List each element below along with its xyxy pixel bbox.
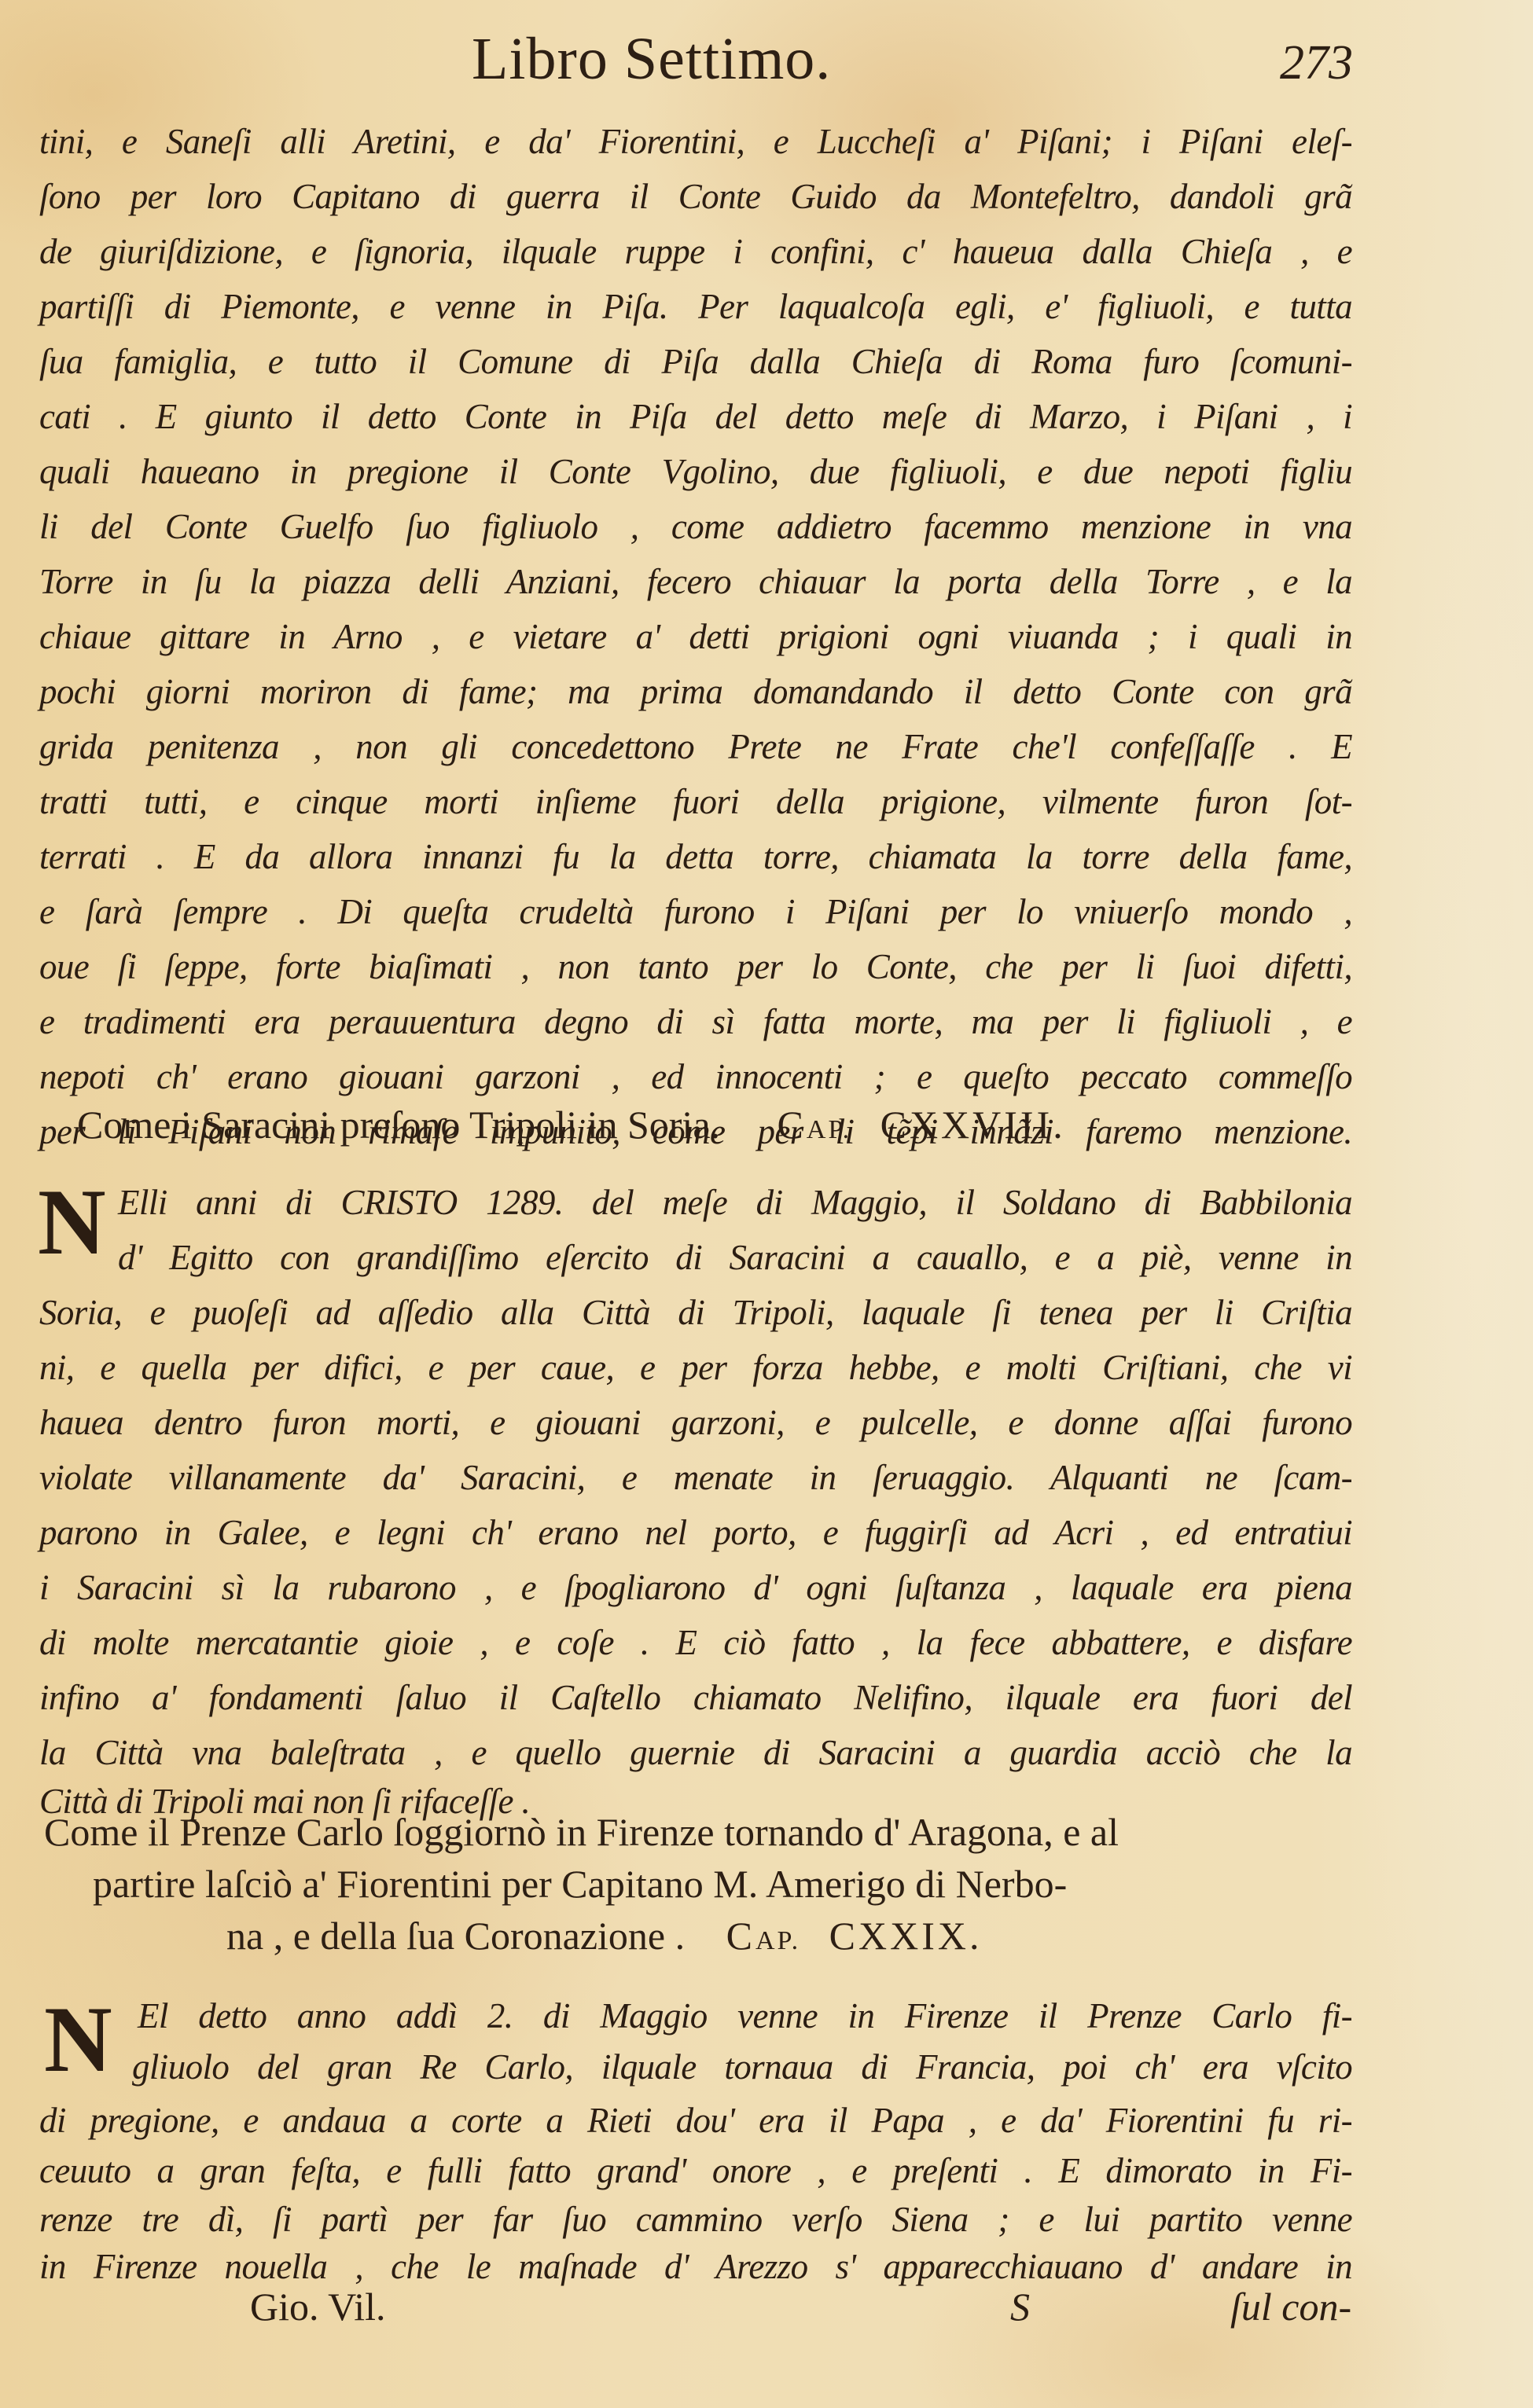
chapter-title: Come i Saracini preſono Tripoli in Soria… bbox=[77, 1103, 720, 1147]
text-line: di molte mercatantie gioie , e coſe . E … bbox=[39, 1619, 1352, 1666]
text-line: e ſarà ſempre . Di queſta crudeltà furon… bbox=[39, 888, 1352, 935]
chapter-label: CAP. bbox=[726, 1914, 801, 1958]
text-line: parono in Galee, e legni ch' erano nel p… bbox=[39, 1509, 1352, 1556]
text-line: infino a' fondamenti ſaluo il Caſtello c… bbox=[39, 1674, 1352, 1721]
chapter-heading-128: Come i Saracini preſono Tripoli in Soria… bbox=[77, 1100, 1066, 1154]
drop-cap: N bbox=[38, 1179, 106, 1265]
text-line: partiſſi di Piemonte, e venne in Piſa. P… bbox=[39, 283, 1352, 330]
text-line: gliuolo del gran Re Carlo, ilquale torna… bbox=[132, 2043, 1352, 2090]
text-line: i Saracini sì la rubarono , e ſpogliaron… bbox=[39, 1564, 1352, 1611]
text-line: tratti tutti, e cinque morti inſieme fuo… bbox=[39, 778, 1352, 825]
text-line: ni, e quella per difici, e per caue, e p… bbox=[39, 1344, 1352, 1391]
text-line: grida penitenza , non gli concedettono P… bbox=[39, 723, 1352, 770]
chapter-number: CXXIX. bbox=[829, 1914, 983, 1958]
text-line: pochi giorni moriron di fame; ma prima d… bbox=[39, 668, 1352, 715]
text-line: oue ſi ſeppe, forte biaſimati , non tant… bbox=[39, 943, 1352, 990]
catchword: ſul con- bbox=[1230, 2283, 1351, 2330]
text-line: li del Conte Guelfo ſuo figliuolo , come… bbox=[39, 503, 1352, 550]
text-line: quali haueano in pregione il Conte Vgoli… bbox=[39, 448, 1352, 495]
text-line: in Firenze nouella , che le maſnade d' A… bbox=[39, 2243, 1352, 2290]
text-line: terrati . E da allora innanzi fu la dett… bbox=[39, 833, 1352, 880]
page-number: 273 bbox=[1280, 31, 1353, 94]
text-line: El detto anno addì 2. di Maggio venne in… bbox=[138, 1992, 1352, 2039]
text-line: ceuuto a gran feſta, e fulli fatto grand… bbox=[39, 2147, 1352, 2194]
text-line: cati . E giunto il detto Conte in Piſa d… bbox=[39, 393, 1352, 440]
running-title: Libro Settimo. bbox=[472, 24, 831, 94]
text-line: tini, e Saneſi alli Aretini, e da' Fiore… bbox=[39, 118, 1352, 165]
text-line: nepoti ch' erano giouani garzoni , ed in… bbox=[39, 1053, 1352, 1100]
text-line: e tradimenti era perauuentura degno di s… bbox=[39, 998, 1352, 1045]
text-line: de giuriſdizione, e ſignoria, ilquale ru… bbox=[39, 228, 1352, 275]
chapter-title-line: partire laſciò a' Fiorentini per Capitan… bbox=[93, 1859, 1067, 1908]
text-line: Torre in ſu la piazza delli Anziani, fec… bbox=[39, 558, 1352, 605]
signature-mark: S bbox=[1010, 2283, 1030, 2330]
signature-author: Gio. Vil. bbox=[250, 2283, 386, 2330]
text-line: ſono per loro Capitano di guerra il Cont… bbox=[39, 173, 1352, 220]
text-line: chiaue gittare in Arno , e vietare a' de… bbox=[39, 613, 1352, 660]
text-line: Soria, e puoſeſi ad aſſedio alla Città d… bbox=[39, 1289, 1352, 1336]
text-line: d' Egitto con grandiſſimo eſercito di Sa… bbox=[118, 1234, 1352, 1281]
chapter-title-line: Come il Prenze Carlo ſoggiornò in Firenz… bbox=[44, 1808, 1119, 1856]
text-line: Elli anni di CRISTO 1289. del meſe di Ma… bbox=[118, 1179, 1352, 1226]
text-line: la Città vna baleſtrata , e quello guern… bbox=[39, 1729, 1352, 1776]
chapter-title-line: na , e della ſua Coronazione . CAP. CXXI… bbox=[226, 1911, 983, 1966]
drop-cap: N bbox=[44, 1996, 112, 2083]
text-line: renze tre dì, ſi partì per far ſuo cammi… bbox=[39, 2196, 1352, 2243]
chapter-label: CAP. bbox=[778, 1103, 852, 1147]
text-line: di pregione, e andaua a corte a Rieti do… bbox=[39, 2097, 1352, 2144]
text-line: violate villanamente da' Saracini, e men… bbox=[39, 1454, 1352, 1501]
text-line: hauea dentro furon morti, e giouani garz… bbox=[39, 1399, 1352, 1446]
text-line: ſua famiglia, e tutto il Comune di Piſa … bbox=[39, 338, 1352, 385]
chapter-number: CXXVIII. bbox=[880, 1103, 1066, 1147]
